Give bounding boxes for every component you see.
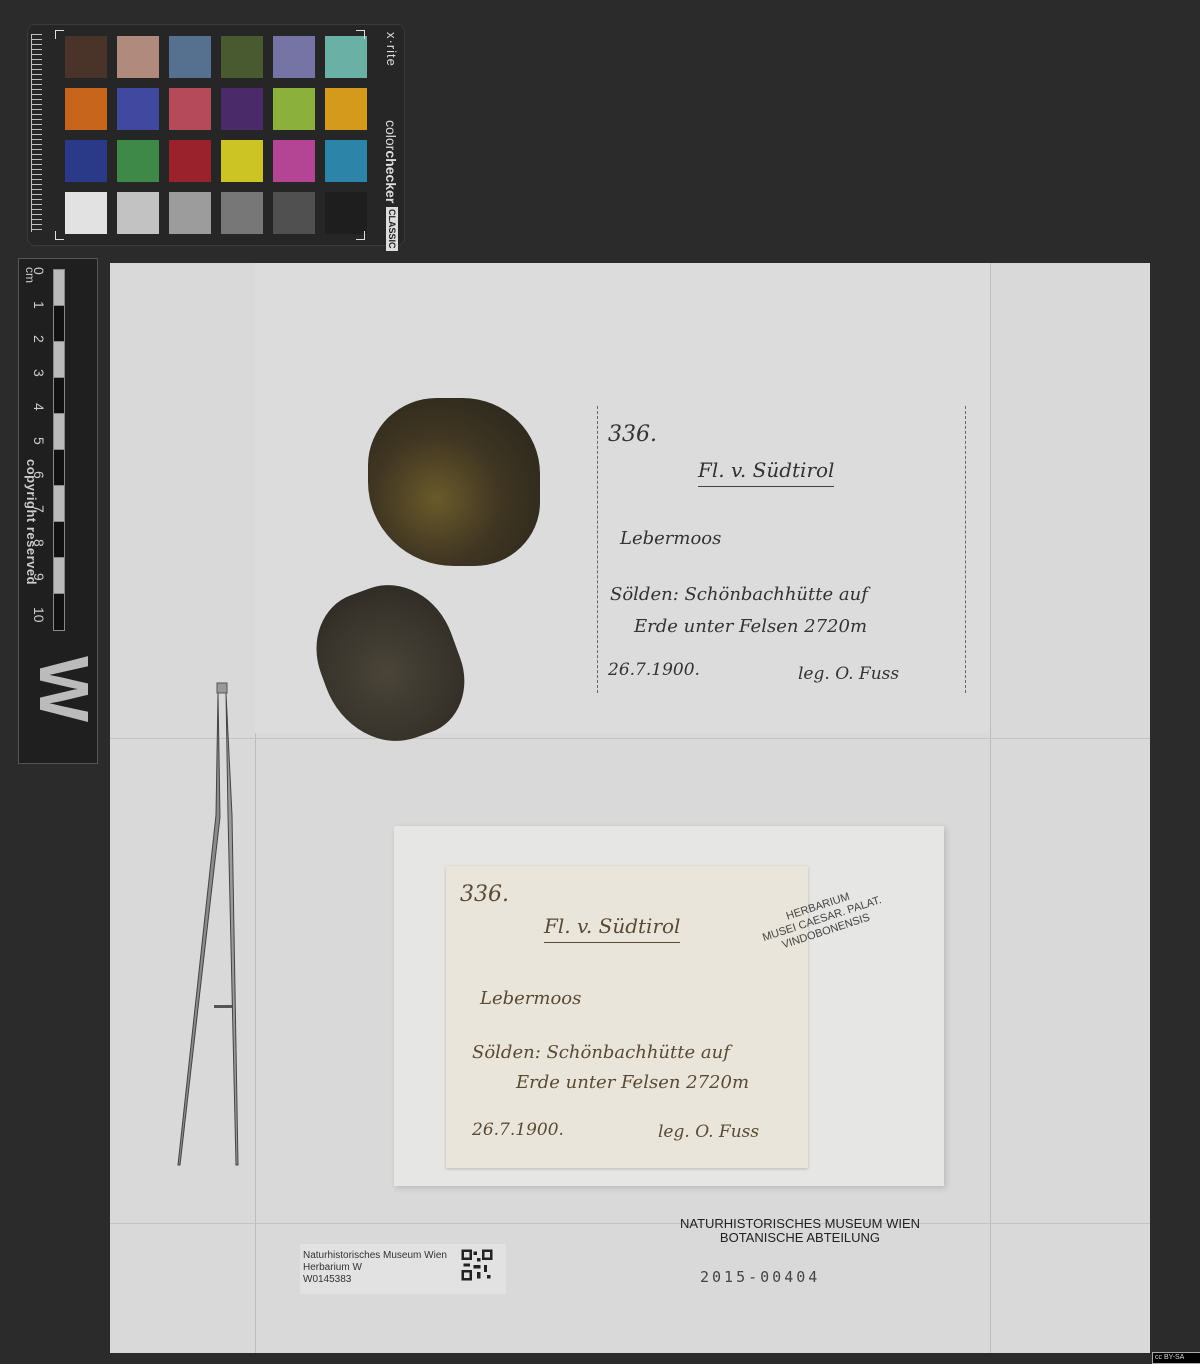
color-patch	[325, 192, 367, 234]
scale-segment	[53, 341, 65, 379]
label-collector: leg. O. Fuss	[658, 1122, 759, 1142]
cm-scale-bar: cm 012345678910 copyright reserved W	[18, 258, 98, 764]
scale-tick-label: 5	[31, 437, 47, 445]
color-patch	[169, 36, 211, 78]
color-patch	[221, 192, 263, 234]
scale-segment	[53, 449, 65, 487]
corner-mark	[55, 231, 64, 240]
scale-segment	[53, 377, 65, 415]
color-patch	[65, 36, 107, 78]
scale-tick-label: 1	[31, 301, 47, 309]
color-patch	[221, 36, 263, 78]
checker-name: colorchecker	[383, 120, 399, 203]
color-patch	[169, 140, 211, 182]
color-checker-card: x·rite colorchecker CLASSIC	[27, 24, 405, 246]
color-patch	[117, 88, 159, 130]
color-patch	[117, 36, 159, 78]
checker-edition: CLASSIC	[386, 207, 398, 251]
label-date: 26.7.1900.	[472, 1120, 564, 1140]
moss-specimen	[368, 398, 540, 566]
color-patch	[117, 140, 159, 182]
scale-tick-label: 4	[31, 403, 47, 411]
museum-header: NATURHISTORISCHES MUSEUM WIEN BOTANISCHE…	[600, 1217, 1000, 1245]
photocopy-label: 336. Fl. v. Südtirol Lebermoos Sölden: S…	[597, 406, 966, 693]
label-flora: Fl. v. Südtirol	[544, 914, 680, 943]
label-taxon: Lebermoos	[620, 528, 721, 549]
color-patch	[273, 36, 315, 78]
corner-mark	[356, 231, 365, 240]
color-patch	[221, 140, 263, 182]
color-patch	[65, 140, 107, 182]
label-barcode-id: W0145383	[303, 1274, 351, 1285]
accession-number: 2015-00404	[700, 1268, 820, 1286]
color-patch	[325, 36, 367, 78]
label-flora: Fl. v. Südtirol	[698, 458, 834, 487]
color-patch	[325, 140, 367, 182]
color-patch	[273, 88, 315, 130]
museum-name: NATURHISTORISCHES MUSEUM WIEN	[600, 1217, 1000, 1231]
color-patch	[169, 192, 211, 234]
corner-mark	[55, 30, 64, 39]
label-locality-2: Erde unter Felsen 2720m	[516, 1072, 749, 1093]
scale-segment	[53, 593, 65, 631]
color-patch	[169, 88, 211, 130]
label-collector: leg. O. Fuss	[798, 664, 899, 684]
label-taxon: Lebermoos	[480, 988, 581, 1009]
label-date: 26.7.1900.	[608, 660, 700, 680]
original-label: 336. Fl. v. Südtirol Lebermoos Sölden: S…	[446, 866, 808, 1168]
tweezers-icon	[170, 675, 250, 1175]
license-badge: cc BY-SA	[1152, 1352, 1200, 1364]
scale-segment	[53, 269, 65, 307]
scale-tick-label: 3	[31, 369, 47, 377]
color-patch	[273, 140, 315, 182]
department-name: BOTANISCHE ABTEILUNG	[600, 1231, 1000, 1245]
color-patch	[117, 192, 159, 234]
label-institution: Naturhistorisches Museum Wien	[303, 1250, 447, 1261]
checker-name-light: color	[383, 120, 399, 150]
label-number: 336.	[608, 422, 657, 447]
copyright-text: copyright reserved	[24, 459, 39, 585]
scale-tick-label: 10	[31, 607, 47, 623]
scale-segment	[53, 413, 65, 451]
color-patch	[325, 88, 367, 130]
fold-line	[110, 738, 1150, 739]
color-patch	[65, 192, 107, 234]
scale-segment	[53, 521, 65, 559]
label-locality-2: Erde unter Felsen 2720m	[634, 616, 867, 637]
checker-brand: x·rite	[384, 32, 399, 67]
label-herbarium: Herbarium W	[303, 1262, 362, 1273]
herbarium-w-logo: W	[24, 656, 104, 722]
color-patch	[65, 88, 107, 130]
label-locality-1: Sölden: Schönbachhütte auf	[610, 584, 868, 605]
scale-segment	[53, 305, 65, 343]
checker-ruler	[31, 34, 42, 232]
scale-segment	[53, 485, 65, 523]
checker-name-bold: checker	[383, 150, 399, 203]
color-patch	[221, 88, 263, 130]
scale-tick-label: 2	[31, 335, 47, 343]
label-locality-1: Sölden: Schönbachhütte auf	[472, 1042, 730, 1063]
fold-line	[990, 263, 991, 1353]
qr-code-icon	[458, 1248, 496, 1282]
color-patch	[273, 192, 315, 234]
label-number: 336.	[460, 882, 509, 907]
corner-mark	[356, 30, 365, 39]
scale-ruler	[53, 269, 63, 629]
scale-segment	[53, 557, 65, 595]
scale-tick-label: 0	[31, 267, 47, 275]
